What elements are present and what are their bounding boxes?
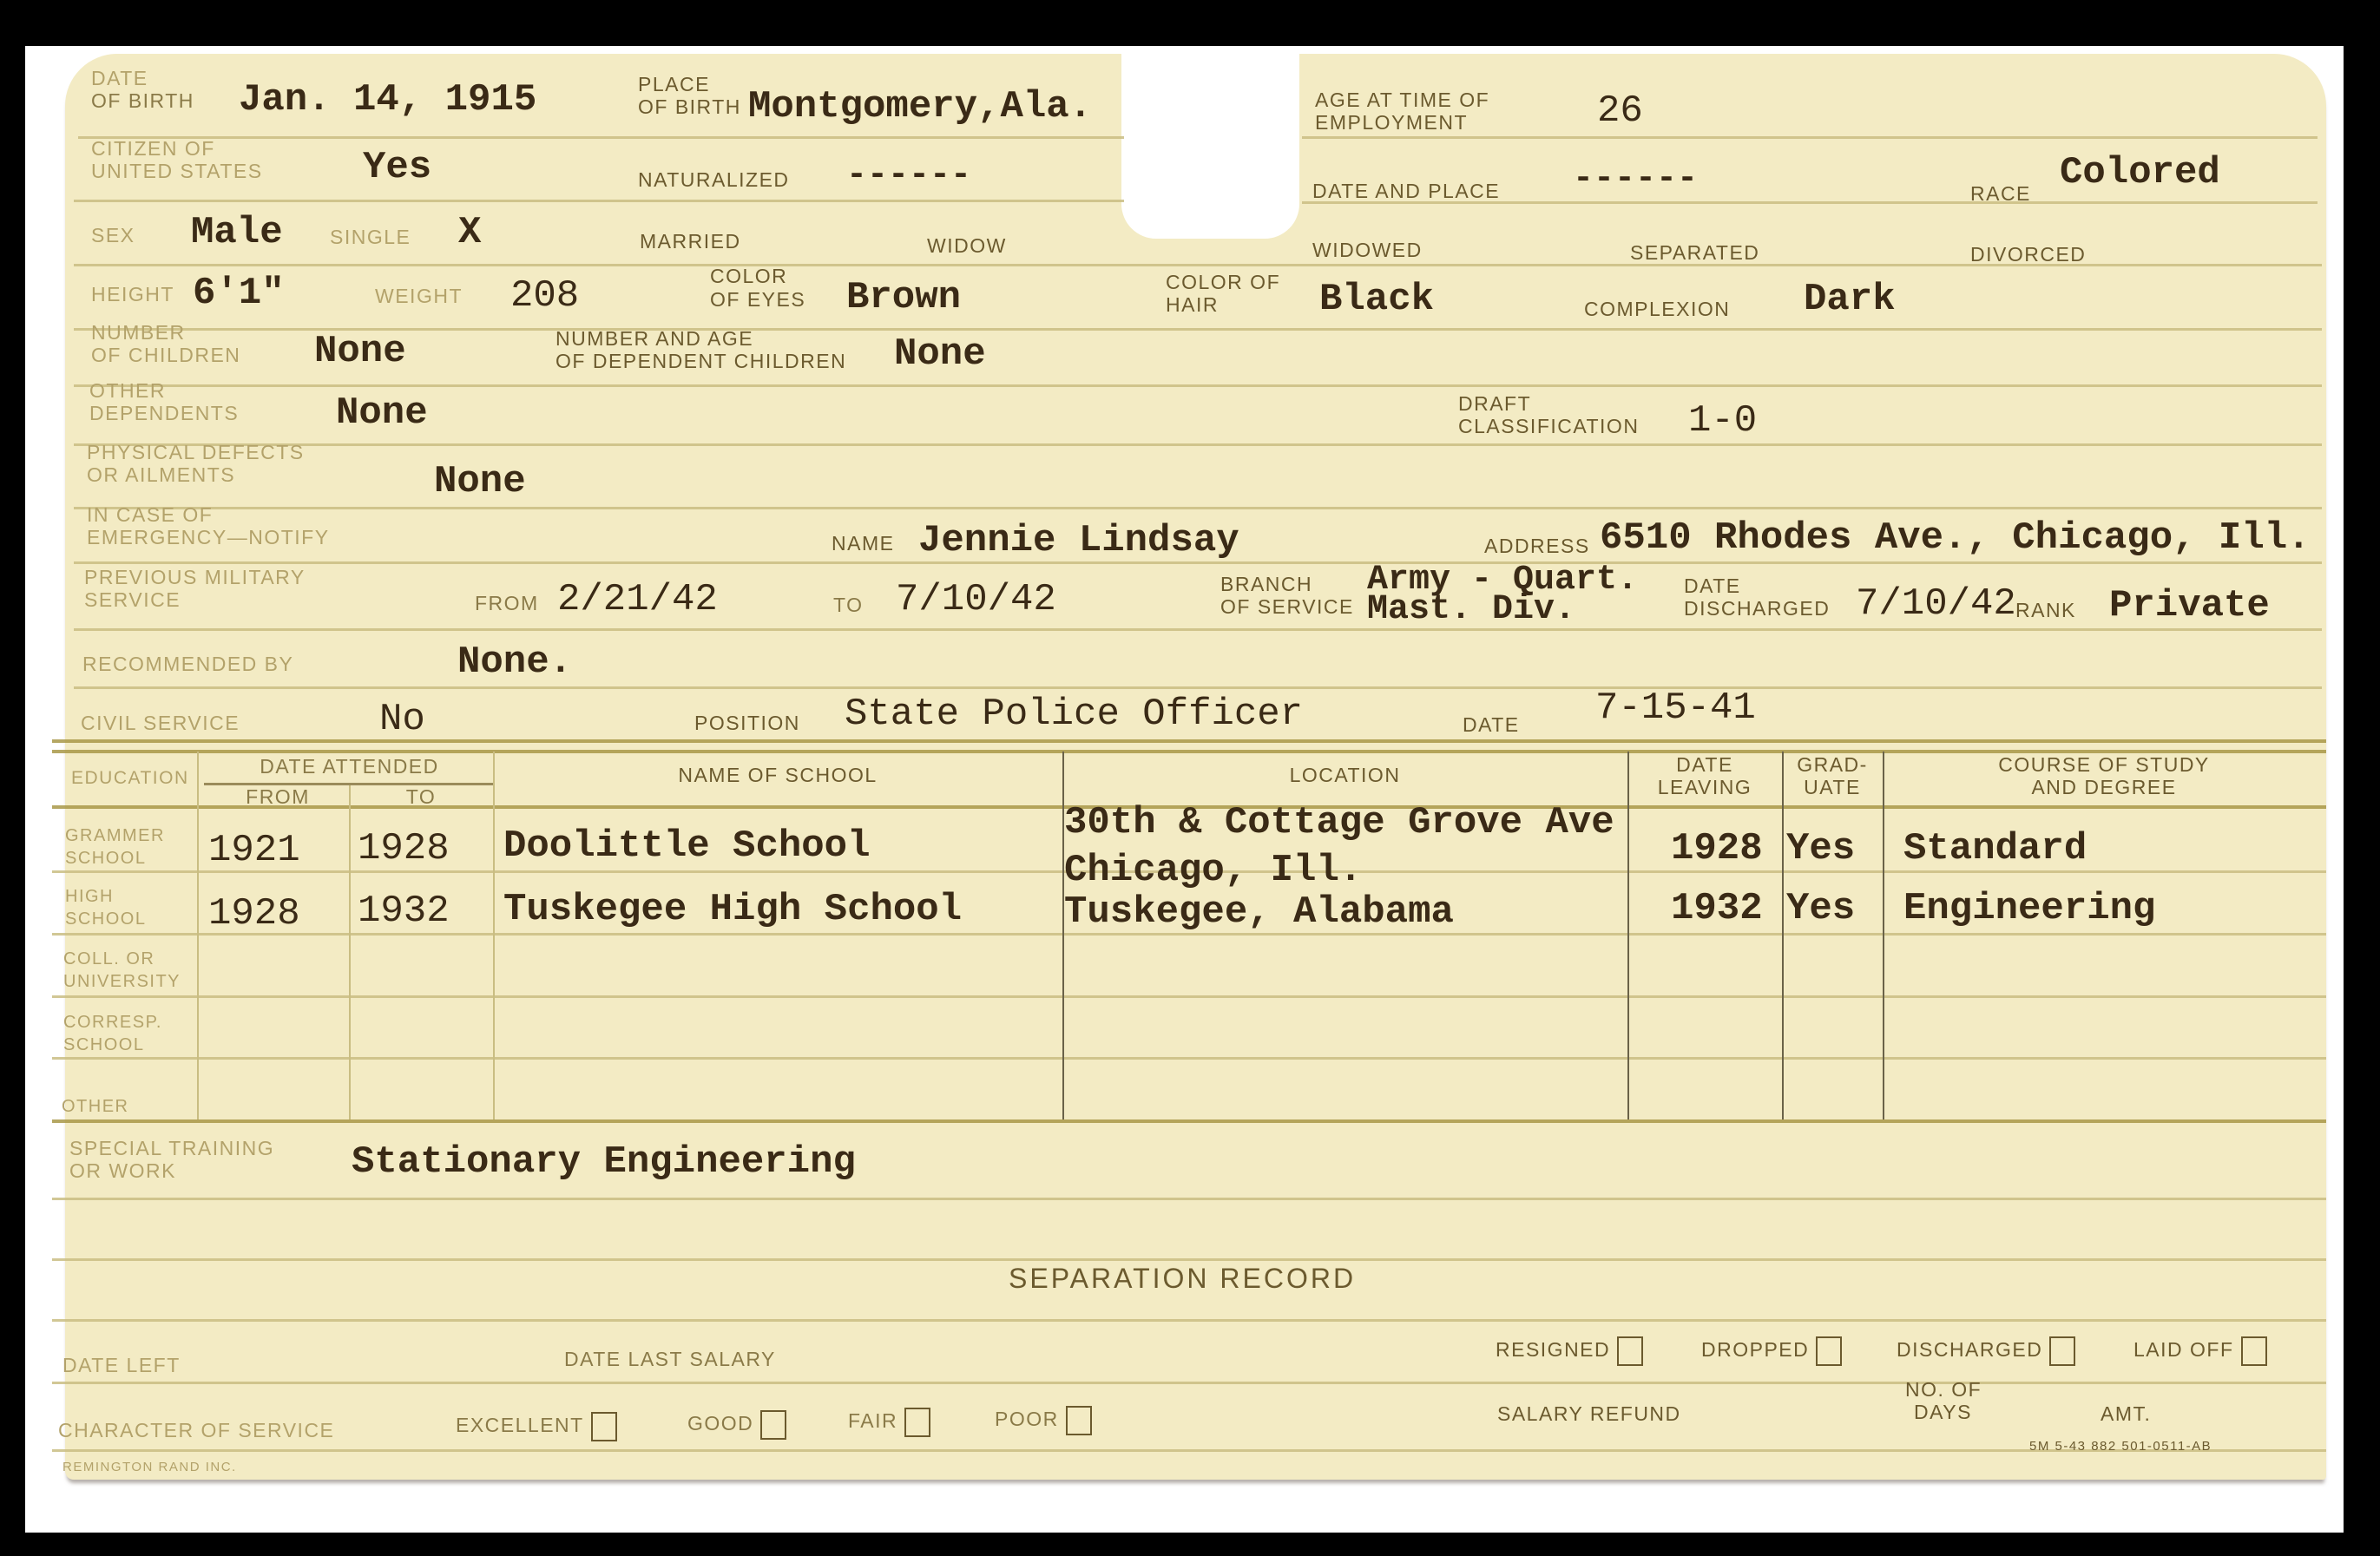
course-header-1: COURSE OF STUDY: [1883, 753, 2325, 776]
age-label-2: EMPLOYMENT: [1315, 111, 1468, 134]
sex-value: Male: [191, 213, 283, 253]
divorced-label: DIVORCED: [1970, 243, 2086, 266]
single-value: X: [458, 213, 481, 253]
military-label-2: SERVICE: [84, 588, 181, 611]
dob-label-2: OF BIRTH: [91, 89, 194, 112]
row-type-4b: SCHOOL: [63, 1034, 144, 1056]
school-header: NAME OF SCHOOL: [493, 764, 1062, 786]
rule-line: [74, 507, 2322, 509]
emergency-name-label: NAME: [832, 532, 894, 555]
date-place-value: ------: [1573, 160, 1698, 200]
separation-record-title: SEPARATION RECORD: [1009, 1263, 1356, 1295]
special-training-value: Stationary Engineering: [352, 1142, 856, 1182]
pob-label-1: PLACE: [638, 73, 710, 95]
discharged-label-2: DISCHARGED: [1684, 597, 1830, 620]
resigned-option[interactable]: RESIGNED: [1496, 1336, 1643, 1366]
to-header: TO: [349, 785, 493, 808]
military-to: 7/10/42: [896, 580, 1056, 620]
citizen-label-1: CITIZEN OF: [91, 137, 215, 160]
printer-imprint: REMINGTON RAND INC.: [62, 1460, 237, 1474]
rule-line: [1302, 136, 2318, 139]
date-last-salary-label: DATE LAST SALARY: [564, 1348, 776, 1370]
no-of-days-label-1: NO. OF: [1905, 1378, 1982, 1401]
draft-value: 1-0: [1688, 401, 1757, 441]
column-divider: [1782, 752, 1784, 1119]
age-value: 26: [1597, 91, 1643, 131]
height-value: 6'1": [193, 273, 285, 313]
excellent-option[interactable]: EXCELLENT: [456, 1412, 617, 1441]
hair-label-2: HAIR: [1166, 293, 1219, 316]
naturalized-value: ------: [846, 156, 971, 196]
widowed-label: WIDOWED: [1312, 239, 1423, 261]
single-label: SINGLE: [330, 226, 411, 248]
graduate-header-1: GRAD-: [1782, 753, 1883, 776]
resigned-label: RESIGNED: [1496, 1338, 1610, 1361]
emergency-label-1: IN CASE OF: [87, 503, 213, 526]
discharged-label: DISCHARGED: [1897, 1338, 2042, 1361]
row-type-1a: GRAMMER: [65, 824, 165, 847]
from-header: FROM: [204, 785, 352, 808]
hair-value: Black: [1319, 279, 1434, 319]
grammar-location-2: Chicago, Ill.: [1064, 850, 1362, 890]
rule-line: [52, 1319, 2326, 1322]
emergency-address-label: ADDRESS: [1484, 535, 1590, 557]
pob-value: Montgomery,Ala.: [748, 87, 1092, 127]
rule-line: [74, 686, 2322, 689]
pob-label-2: OF BIRTH: [638, 95, 741, 118]
column-divider: [493, 752, 495, 1119]
form-number: 5M 5-43 882 501-0511-AB: [2029, 1439, 2212, 1454]
weight-label: WEIGHT: [375, 285, 463, 307]
position-value: State Police Officer: [845, 694, 1303, 734]
special-training-label-2: OR WORK: [69, 1159, 176, 1182]
branch-label-2: OF SERVICE: [1220, 595, 1354, 618]
course-header-2: AND DEGREE: [1883, 776, 2325, 798]
dependent-children-label-1: NUMBER AND AGE: [556, 327, 753, 350]
children-label-1: NUMBER: [91, 321, 186, 344]
dependent-children-value: None: [894, 334, 986, 374]
grammar-leaving: 1928: [1671, 829, 1763, 869]
dropped-label: DROPPED: [1701, 1338, 1809, 1361]
high-school: Tuskegee High School: [503, 890, 962, 929]
eyes-value: Brown: [846, 278, 961, 318]
rule-line: [52, 1057, 2326, 1060]
draft-label-1: DRAFT: [1458, 392, 1531, 415]
rank-value: Private: [2109, 586, 2270, 626]
laid-off-option[interactable]: LAID OFF: [2133, 1336, 2267, 1366]
high-course: Engineering: [1903, 889, 2155, 929]
height-label: HEIGHT: [91, 283, 174, 305]
good-label: GOOD: [687, 1412, 753, 1435]
date-attended-header: DATE ATTENDED: [204, 755, 495, 778]
race-label: RACE: [1970, 182, 2031, 205]
date-left-label: DATE LEFT: [62, 1354, 181, 1376]
rule-line: [78, 136, 1124, 139]
fair-label: FAIR: [848, 1409, 897, 1432]
dependent-children-label-2: OF DEPENDENT CHILDREN: [556, 350, 846, 372]
recommended-label: RECOMMENDED BY: [82, 653, 293, 675]
citizen-value: Yes: [363, 148, 431, 187]
graduate-header-2: UATE: [1782, 776, 1883, 798]
grammar-school: Doolittle School: [503, 826, 870, 866]
separated-label: SEPARATED: [1630, 241, 1759, 264]
column-divider: [197, 752, 199, 1119]
rule-line: [52, 1449, 2326, 1452]
fair-checkbox[interactable]: [904, 1408, 930, 1437]
dob-value: Jan. 14, 1915: [239, 80, 536, 120]
column-divider: [1883, 752, 1884, 1119]
eyes-label-1: COLOR: [710, 265, 787, 287]
date-leaving-header-2: LEAVING: [1627, 776, 1782, 798]
row-type-5: OTHER: [62, 1095, 129, 1118]
excellent-label: EXCELLENT: [456, 1414, 584, 1436]
high-graduate: Yes: [1786, 889, 1855, 929]
rank-label: RANK: [2015, 599, 2076, 621]
high-from: 1928: [208, 894, 300, 934]
draft-label-2: CLASSIFICATION: [1458, 415, 1639, 437]
rule-line: [52, 1198, 2326, 1200]
row-type-3a: COLL. OR: [63, 948, 155, 970]
rule-line: [52, 1382, 2326, 1384]
poor-label: POOR: [995, 1408, 1059, 1430]
discharged-label-1: DATE: [1684, 574, 1741, 597]
rule-line: [74, 200, 1124, 202]
grammar-location-1: 30th & Cottage Grove Ave: [1064, 803, 1614, 843]
column-divider: [349, 785, 351, 1119]
emergency-address: 6510 Rhodes Ave., Chicago, Ill.: [1600, 518, 2311, 558]
high-to: 1932: [358, 891, 450, 931]
row-type-3b: UNIVERSITY: [63, 970, 181, 993]
rule-line-thick: [52, 1119, 2326, 1123]
branch-label-1: BRANCH: [1220, 573, 1312, 595]
row-type-4a: CORRESP.: [63, 1011, 162, 1034]
date-leaving-header-1: DATE: [1627, 753, 1782, 776]
position-label: POSITION: [694, 712, 800, 734]
column-divider: [1627, 752, 1629, 1119]
dropped-checkbox[interactable]: [1816, 1336, 1842, 1366]
discharged-value: 7/10/42: [1856, 584, 2016, 624]
rule-line: [74, 384, 2322, 387]
laid-off-label: LAID OFF: [2133, 1338, 2234, 1361]
military-from: 2/21/42: [557, 580, 718, 620]
education-header: EDUCATION: [71, 767, 189, 790]
high-leaving: 1932: [1671, 889, 1763, 929]
rule-line: [74, 328, 2322, 331]
other-dependents-label-1: OTHER: [89, 379, 166, 402]
grammar-from: 1921: [208, 831, 300, 870]
complexion-value: Dark: [1804, 279, 1896, 319]
other-dependents-value: None: [336, 393, 428, 433]
race-value: Colored: [2060, 153, 2220, 193]
eyes-label-2: OF EYES: [710, 288, 805, 311]
good-option[interactable]: GOOD: [687, 1410, 786, 1440]
civil-date-label: DATE: [1463, 713, 1520, 736]
high-location: Tuskegee, Alabama: [1064, 892, 1454, 932]
hair-label-1: COLOR OF: [1166, 271, 1280, 293]
naturalized-label: NATURALIZED: [638, 168, 790, 191]
citizen-label-2: UNITED STATES: [91, 160, 263, 182]
discharged-option[interactable]: DISCHARGED: [1897, 1336, 2075, 1366]
rule-line: [52, 1258, 2326, 1261]
military-from-label: FROM: [475, 592, 539, 614]
civil-service-label: CIVIL SERVICE: [81, 712, 240, 734]
children-label-2: OF CHILDREN: [91, 344, 240, 366]
emergency-name: Jennie Lindsay: [918, 521, 1239, 561]
military-label-1: PREVIOUS MILITARY: [84, 566, 306, 588]
poor-checkbox[interactable]: [1066, 1406, 1092, 1435]
grammar-course: Standard: [1903, 829, 2087, 869]
emergency-label-2: EMERGENCY—NOTIFY: [87, 526, 330, 548]
grammar-graduate: Yes: [1786, 829, 1855, 869]
discharged-checkbox[interactable]: [2049, 1336, 2075, 1366]
dropped-option[interactable]: DROPPED: [1701, 1336, 1842, 1366]
physical-defects-value: None: [434, 462, 526, 502]
row-type-2a: HIGH: [65, 885, 114, 908]
good-checkbox[interactable]: [760, 1410, 786, 1440]
recommended-value: None.: [457, 642, 572, 682]
grammar-to: 1928: [358, 829, 450, 869]
physical-defects-label-2: OR AILMENTS: [87, 463, 235, 486]
weight-value: 208: [510, 276, 579, 316]
fair-option[interactable]: FAIR: [848, 1408, 930, 1437]
physical-defects-label-1: PHYSICAL DEFECTS: [87, 441, 305, 463]
special-training-label-1: SPECIAL TRAINING: [69, 1137, 274, 1159]
sex-label: SEX: [91, 224, 135, 246]
civil-date-value: 7-15-41: [1595, 688, 1756, 728]
laid-off-checkbox[interactable]: [2241, 1336, 2267, 1366]
excellent-checkbox[interactable]: [591, 1412, 617, 1441]
amount-label: AMT.: [2101, 1402, 2151, 1425]
rule-line: [52, 995, 2326, 998]
row-type-2b: SCHOOL: [65, 908, 146, 930]
date-place-label: DATE AND PLACE: [1312, 180, 1500, 202]
children-value: None: [314, 332, 406, 371]
card-tab-notch: [1121, 48, 1299, 239]
resigned-checkbox[interactable]: [1617, 1336, 1643, 1366]
location-header: LOCATION: [1062, 764, 1627, 786]
row-type-1b: SCHOOL: [65, 847, 146, 870]
military-to-label: TO: [833, 594, 864, 616]
poor-option[interactable]: POOR: [995, 1406, 1092, 1435]
married-label: MARRIED: [640, 230, 741, 253]
age-label-1: AGE AT TIME OF: [1315, 89, 1489, 111]
character-of-service-label: CHARACTER OF SERVICE: [58, 1419, 334, 1441]
salary-refund-label: SALARY REFUND: [1497, 1402, 1681, 1425]
other-dependents-label-2: DEPENDENTS: [89, 402, 239, 424]
widow-label: WIDOW: [927, 234, 1007, 257]
rule-line: [74, 628, 2322, 631]
civil-service-value: No: [379, 699, 425, 739]
dob-label-1: DATE: [91, 67, 148, 89]
complexion-label: COMPLEXION: [1584, 298, 1730, 320]
rule-line: [74, 443, 2322, 446]
no-of-days-label-2: DAYS: [1914, 1401, 1972, 1423]
branch-value-2: Mast. Div.: [1367, 590, 1575, 630]
